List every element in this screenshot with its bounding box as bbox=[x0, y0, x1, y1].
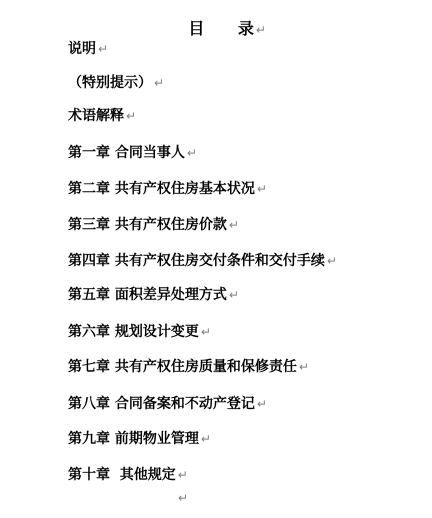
toc-entry-text: 第六章 规划设计变更 bbox=[68, 324, 199, 340]
empty-paragraph-mark-icon: ↵ bbox=[178, 491, 188, 505]
paragraph-mark-icon: ↵ bbox=[201, 325, 211, 339]
toc-entry-text: 说明 bbox=[68, 41, 96, 57]
paragraph-mark-icon: ↵ bbox=[229, 218, 239, 232]
toc-title: 目 录 bbox=[188, 19, 253, 38]
toc-entry-text: 第一章 合同当事人 bbox=[68, 145, 185, 161]
toc-entry-text: 第十章 其他规定 bbox=[68, 467, 176, 483]
toc-entry-chapter-3: 第三章 共有产权住房价款↵ bbox=[68, 218, 239, 233]
toc-entry-text: 第四章 共有产权住房交付条件和交付手续 bbox=[68, 253, 325, 269]
toc-entry-text: 第五章 面积差异处理方式 bbox=[68, 287, 227, 303]
toc-entry-chapter-6: 第六章 规划设计变更↵ bbox=[68, 325, 211, 340]
toc-entry-text: 第八章 合同备案和不动产登记 bbox=[68, 396, 255, 412]
paragraph-mark-icon: ↵ bbox=[299, 360, 309, 374]
toc-entry-chapter-10: 第十章 其他规定↵ bbox=[68, 468, 188, 483]
paragraph-mark-icon: ↵ bbox=[229, 288, 239, 302]
toc-entry-chapter-9: 第九章 前期物业管理↵ bbox=[68, 432, 211, 447]
paragraph-mark-icon: ↵ bbox=[257, 397, 267, 411]
toc-entry-special-note: （特别提示）↵ bbox=[68, 76, 164, 91]
toc-entry-text: （特别提示） bbox=[68, 75, 152, 91]
toc-entry-text: 第三章 共有产权住房价款 bbox=[68, 217, 227, 233]
toc-entry-text: 第九章 前期物业管理 bbox=[68, 431, 199, 447]
paragraph-mark-icon: ↵ bbox=[327, 254, 337, 268]
toc-title-row: 目 录↵ bbox=[0, 3, 432, 56]
paragraph-mark-icon: ↵ bbox=[257, 182, 267, 196]
toc-entry-chapter-7: 第七章 共有产权住房质量和保修责任↵ bbox=[68, 360, 309, 375]
toc-entry-chapter-5: 第五章 面积差异处理方式↵ bbox=[68, 288, 239, 303]
document-page: 目 录↵ 说明↵ （特别提示）↵ 术语解释↵ 第一章 合同当事人↵ 第二章 共有… bbox=[0, 0, 432, 518]
toc-entry-chapter-1: 第一章 合同当事人↵ bbox=[68, 146, 197, 161]
toc-entry-terms: 术语解释↵ bbox=[68, 109, 136, 124]
toc-entry-text: 第七章 共有产权住房质量和保修责任 bbox=[68, 359, 297, 375]
toc-entry-text: 第二章 共有产权住房基本状况 bbox=[68, 181, 255, 197]
paragraph-mark-icon: ↵ bbox=[178, 468, 188, 482]
toc-entry-chapter-2: 第二章 共有产权住房基本状况↵ bbox=[68, 182, 267, 197]
toc-entry-chapter-4: 第四章 共有产权住房交付条件和交付手续↵ bbox=[68, 254, 337, 269]
toc-entry-shuoming: 说明↵ bbox=[68, 42, 108, 57]
paragraph-mark-icon: ↵ bbox=[126, 109, 136, 123]
paragraph-mark-icon: ↵ bbox=[98, 42, 108, 56]
toc-entry-chapter-8: 第八章 合同备案和不动产登记↵ bbox=[68, 397, 267, 412]
toc-entry-text: 术语解释 bbox=[68, 108, 124, 124]
paragraph-mark-icon: ↵ bbox=[256, 23, 266, 37]
paragraph-mark-icon: ↵ bbox=[187, 146, 197, 160]
paragraph-mark-icon: ↵ bbox=[154, 76, 164, 90]
paragraph-mark-icon: ↵ bbox=[201, 432, 211, 446]
